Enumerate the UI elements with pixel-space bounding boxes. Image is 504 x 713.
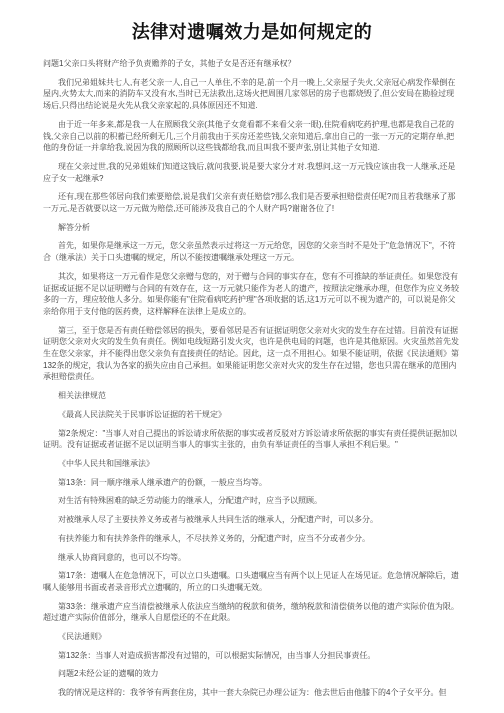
paragraph: 有扶养能力和有扶养条件的继承人，不尽扶养义务的，分配遗产时，应当不分或者少分。	[43, 533, 461, 545]
paragraph: 继承人协商同意的，也可以不均等。	[43, 552, 461, 564]
paragraph: 对生活有特殊困难的缺乏劳动能力的继承人，分配遗产时，应当予以照顾。	[43, 495, 461, 507]
paragraph: 现在父亲过世,我的兄弟姐妹们知道这钱后,就问我要,说是要大家分才对.我想问,这一…	[43, 161, 461, 184]
article-page: 法律对遗嘱效力是如何规定的 问题1父亲口头将财产给予负责赡养的子女，其他子女是否…	[0, 0, 504, 699]
paragraph: 第33条：继承遗产应当清偿被继承人依法应当缴纳的税款和债务，缴纳税款和清偿债务以…	[43, 601, 461, 624]
paragraph: 还有,现在那些邻居向我们索要赔偿,说是我们父亲有责任赔偿?那么我们是否要承担赔偿…	[43, 191, 461, 214]
paragraph: 第三，至于您是否有责任赔偿邻居的损失，要看邻居是否有证据证明您父亲对火灾的发生存…	[43, 325, 461, 384]
paragraph: 第17条：遗嘱人在危急情况下，可以立口头遗嘱。口头遗嘱应当有两个以上见证人在场见…	[43, 570, 461, 593]
paragraph: 我们兄弟姐妹共七人,有老父亲一人,自己一人单住,不幸的是,前一个月一晚上,父亲屋…	[43, 77, 461, 112]
paragraph: 第132条：当事人对造成损害都没有过错的，可以根据实际情况，由当事人分担民事责任…	[43, 650, 461, 662]
paragraph: 第13条：同一顺序继承人继承遗产的份额，一般应当均等。	[43, 477, 461, 489]
paragraph: 由于近一年多来,都是我一人在照顾我父亲(其他子女竟看都不来看父亲一眼),住院看病…	[43, 119, 461, 154]
paragraph: 问题2未经公证的遗嘱的效力	[43, 668, 461, 680]
paragraph: 第2条规定："当事人对自己提出的诉讼请求所依据的事实或者反驳对方诉讼请求所依据的…	[43, 428, 461, 451]
paragraph: 首先，如果你是继承这一万元，您父亲虽然表示过将这一万元给您，因您的父亲当时不是处…	[43, 240, 461, 263]
paragraph: 《最高人民法院关于民事诉讼证据的若干规定》	[43, 409, 461, 421]
paragraph: 解答分析	[43, 222, 461, 234]
paragraph: 我的情况是这样的：我爷爷有两套住房，其中一套大杂院已办理公证为：他去世后由他膝下…	[43, 687, 461, 699]
paragraph: 问题1父亲口头将财产给予负责赡养的子女，其他子女是否还有继承权？	[43, 58, 461, 70]
paragraph: 相关法律规范	[43, 390, 461, 402]
article-content: 问题1父亲口头将财产给予负责赡养的子女，其他子女是否还有继承权？我们兄弟姐妹共七…	[43, 58, 461, 699]
paragraph: 其次，如果将这一万元看作是您父亲赠与您的，对于赠与合同的事实存在，您有不可推缺的…	[43, 271, 461, 318]
article-title: 法律对遗嘱效力是如何规定的	[43, 22, 461, 43]
paragraph: 《民法通则》	[43, 631, 461, 643]
paragraph: 《中华人民共和国继承法》	[43, 458, 461, 470]
paragraph: 对被继承人尽了主要扶养义务或者与被继承人共同生活的继承人，分配遗产时，可以多分。	[43, 514, 461, 526]
